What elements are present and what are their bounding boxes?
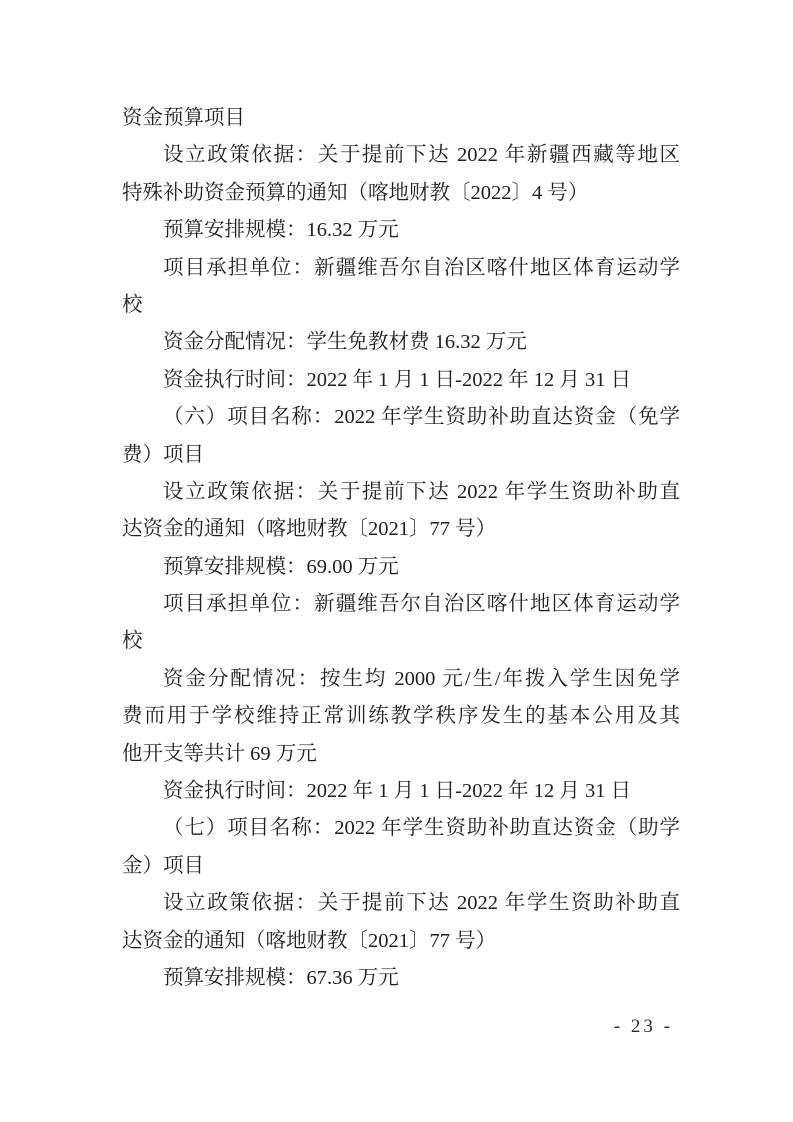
text-line: 达资金的通知（喀地财教〔2021〕77 号） — [122, 923, 680, 960]
text-line: 资金执行时间：2022 年 1 月 1 日-2022 年 12 月 31 日 — [122, 362, 680, 399]
text-line: 项目承担单位：新疆维吾尔自治区喀什地区体育运动学 — [122, 250, 680, 287]
text-line: 资金分配情况：学生免教材费 16.32 万元 — [122, 324, 680, 361]
text-line: 资金分配情况：按生均 2000 元/生/年拨入学生因免学 — [122, 661, 680, 698]
text-line: 资金执行时间：2022 年 1 月 1 日-2022 年 12 月 31 日 — [122, 773, 680, 810]
text-line: 特殊补助资金预算的通知（喀地财教〔2022〕4 号） — [122, 175, 680, 212]
text-line: 设立政策依据：关于提前下达 2022 年学生资助补助直 — [122, 885, 680, 922]
text-line: 费）项目 — [122, 437, 680, 474]
text-line: 预算安排规模：16.32 万元 — [122, 212, 680, 249]
text-line: 校 — [122, 287, 680, 324]
text-line: 设立政策依据：关于提前下达 2022 年新疆西藏等地区 — [122, 137, 680, 174]
text-line: 达资金的通知（喀地财教〔2021〕77 号） — [122, 511, 680, 548]
text-line: 资金预算项目 — [122, 100, 680, 137]
text-line: 他开支等共计 69 万元 — [122, 736, 680, 773]
text-line: 预算安排规模：69.00 万元 — [122, 549, 680, 586]
document-page: 资金预算项目设立政策依据：关于提前下达 2022 年新疆西藏等地区特殊补助资金预… — [0, 0, 793, 1122]
text-line: 校 — [122, 623, 680, 660]
text-line: 设立政策依据：关于提前下达 2022 年学生资助补助直 — [122, 474, 680, 511]
document-body: 资金预算项目设立政策依据：关于提前下达 2022 年新疆西藏等地区特殊补助资金预… — [122, 100, 680, 997]
text-line: （七）项目名称：2022 年学生资助补助直达资金（助学 — [122, 810, 680, 847]
text-line: （六）项目名称：2022 年学生资助补助直达资金（免学 — [122, 399, 680, 436]
text-line: 项目承担单位：新疆维吾尔自治区喀什地区体育运动学 — [122, 586, 680, 623]
text-line: 金）项目 — [122, 848, 680, 885]
page-number: - 23 - — [614, 1016, 673, 1038]
text-line: 预算安排规模：67.36 万元 — [122, 960, 680, 997]
text-line: 费而用于学校维持正常训练教学秩序发生的基本公用及其 — [122, 698, 680, 735]
